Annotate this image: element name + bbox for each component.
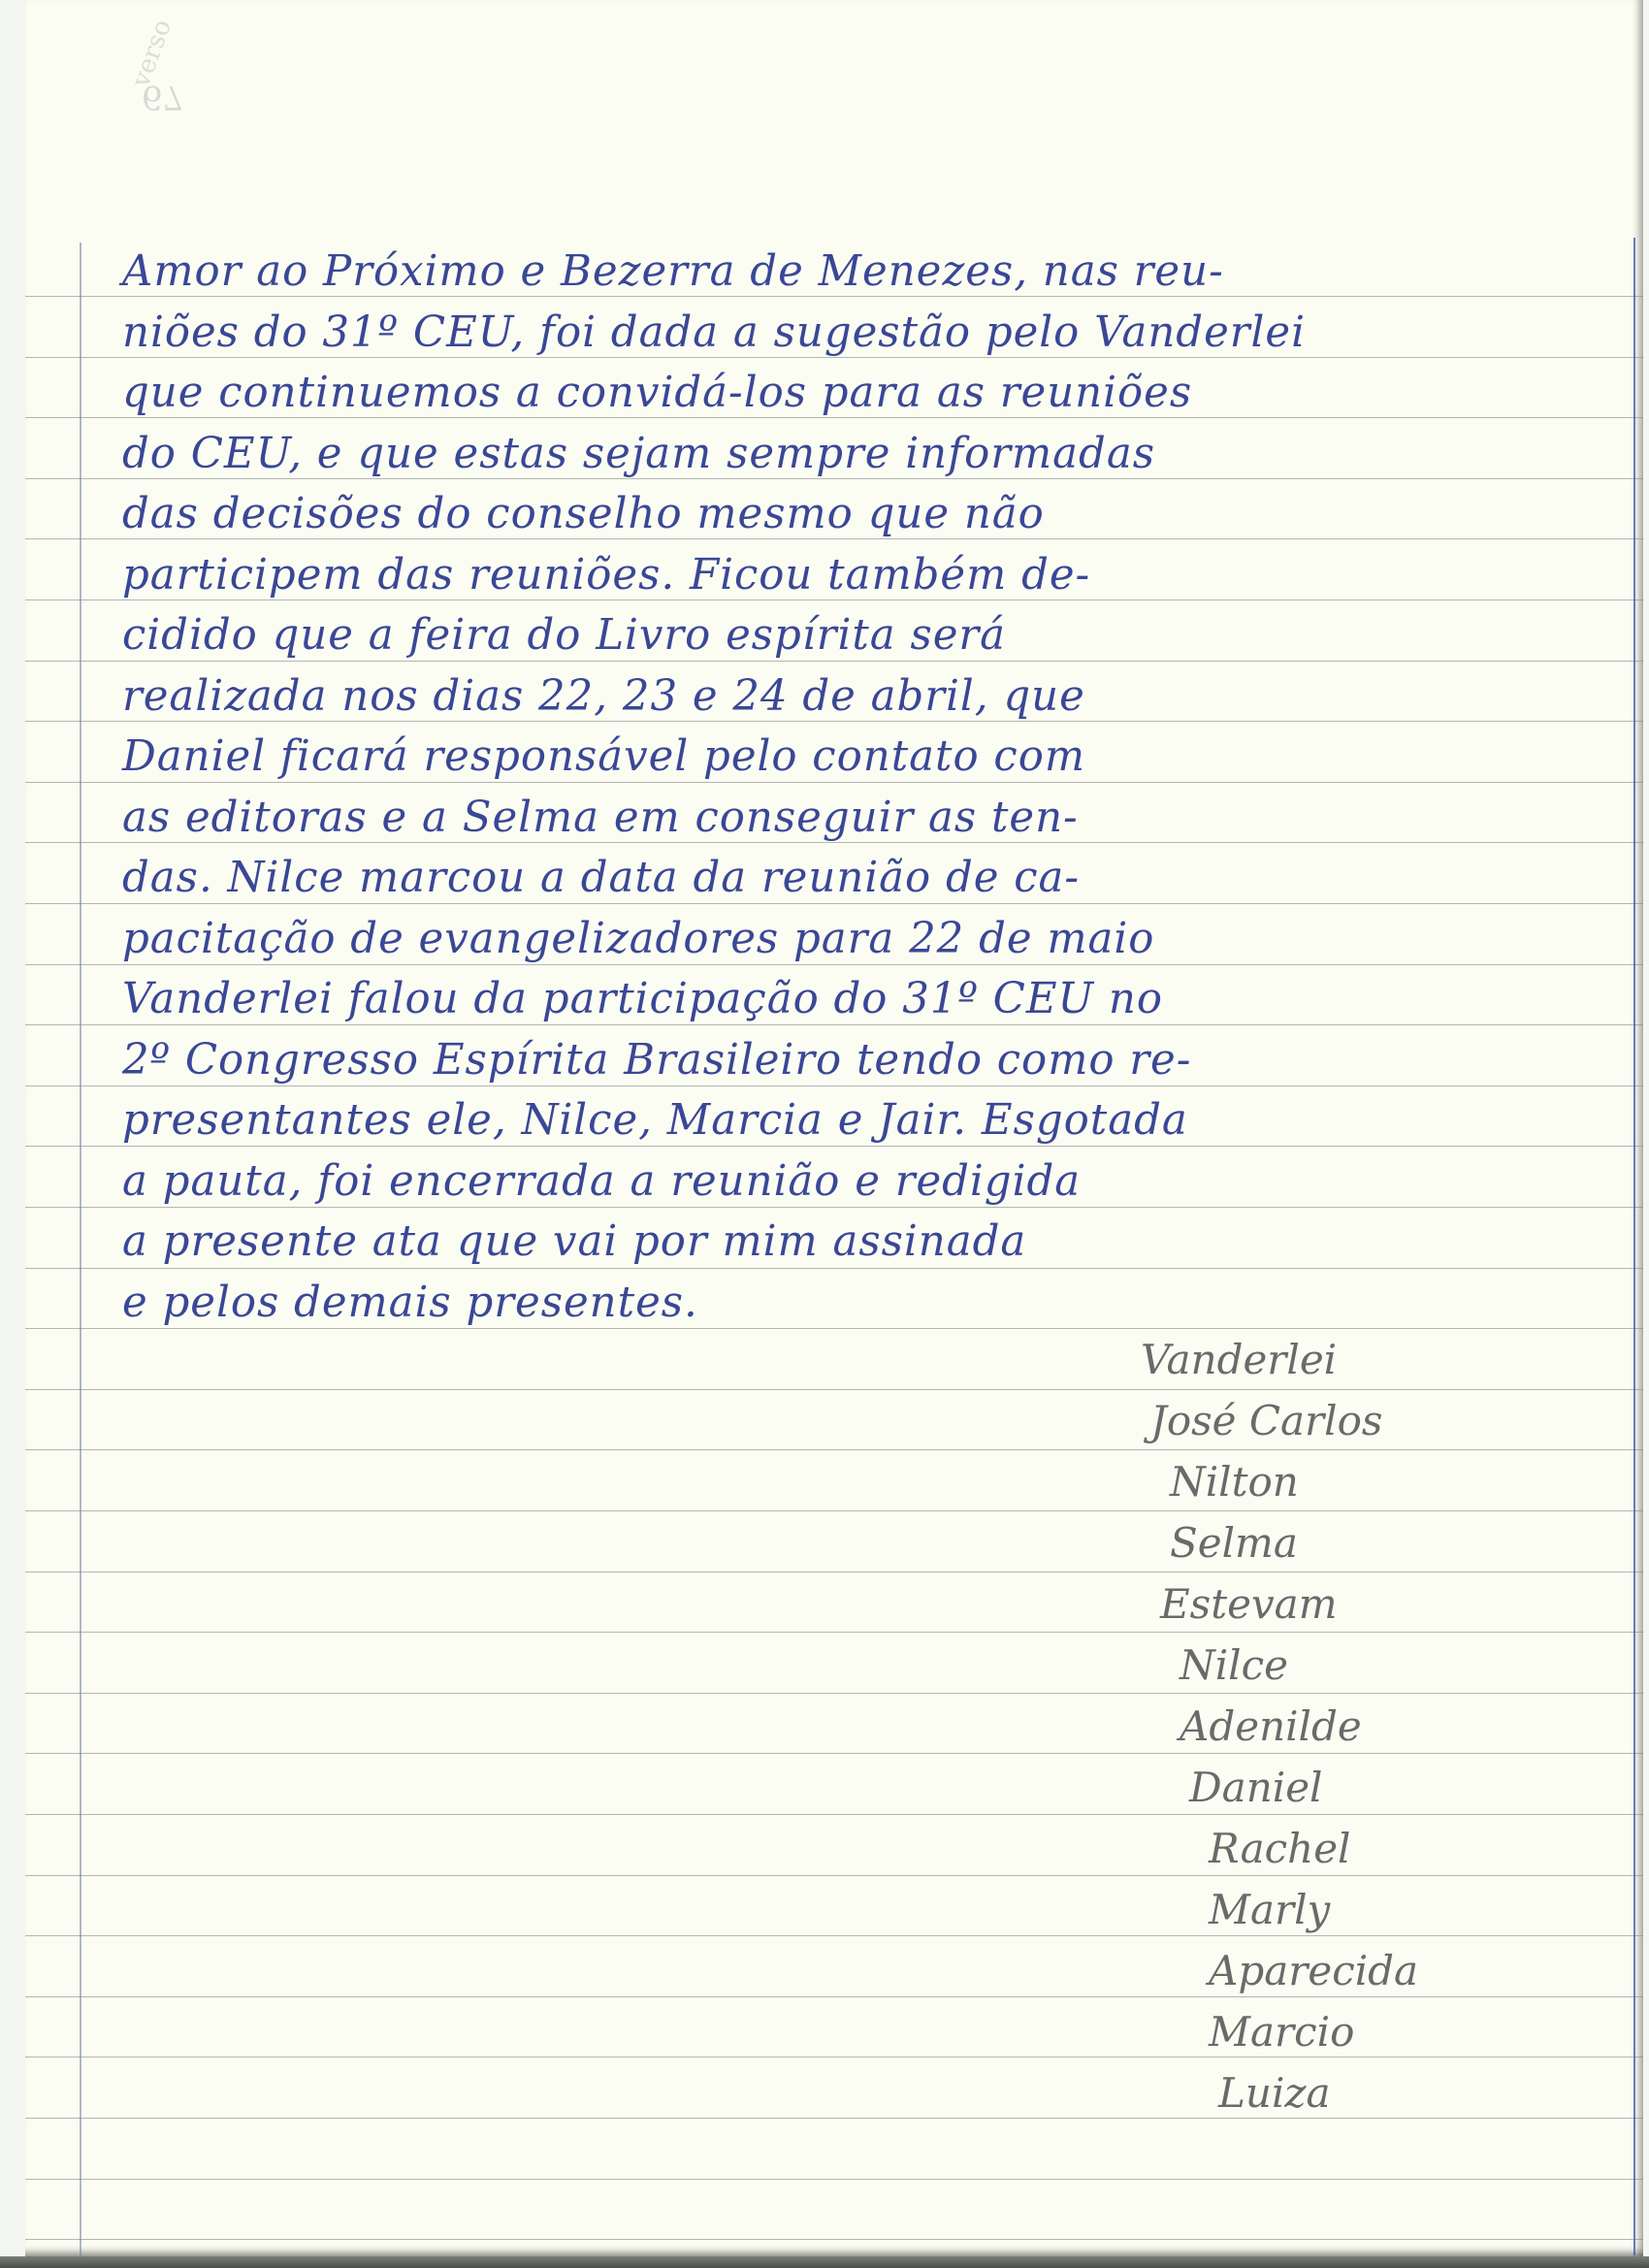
handwritten-line: 2º Congresso Espírita Brasileiro tendo c…	[122, 1030, 1616, 1091]
signature: Nilton	[1141, 1451, 1626, 1512]
signature: Rachel	[1141, 1818, 1626, 1879]
handwritten-line: e pelos demais presentes.	[122, 1273, 1616, 1334]
handwritten-line: a pauta, foi encerrada a reunião e redig…	[122, 1151, 1616, 1213]
left-margin-line	[80, 243, 81, 2256]
handwritten-line: a presente ata que vai por mim assinada	[122, 1212, 1616, 1273]
handwritten-line: Daniel ficará responsável pelo contato c…	[122, 727, 1616, 788]
signature: Nilce	[1141, 1635, 1626, 1696]
handwritten-line: Amor ao Próximo e Bezerra de Menezes, na…	[122, 242, 1616, 303]
handwritten-line: Vanderlei falou da participação do 31º C…	[122, 969, 1616, 1030]
handwritten-line: que continuemos a convidá-los para as re…	[122, 363, 1616, 424]
handwritten-line: niões do 31º CEU, foi dada a sugestão pe…	[122, 303, 1616, 364]
minutes-body: Amor ao Próximo e Bezerra de Menezes, na…	[122, 242, 1635, 1333]
signature: Adenilde	[1141, 1696, 1626, 1757]
handwritten-line: realizada nos dias 22, 23 e 24 de abril,…	[122, 666, 1616, 728]
signature: Marly	[1141, 1879, 1626, 1940]
handwritten-line: cidido que a feira do Livro espírita ser…	[122, 605, 1616, 666]
signature: José Carlos	[1141, 1390, 1626, 1451]
handwritten-line: as editoras e a Selma em conseguir as te…	[122, 788, 1616, 849]
signature-list: VanderleiJosé CarlosNiltonSelmaEstevamNi…	[1141, 1329, 1626, 2123]
handwritten-line: do CEU, e que estas sejam sempre informa…	[122, 424, 1616, 485]
page-number: 67	[142, 78, 183, 116]
handwritten-line: das decisões do conselho mesmo que não	[122, 484, 1616, 545]
ruled-line	[25, 2239, 1643, 2240]
handwritten-line: participem das reuniões. Ficou também de…	[122, 545, 1616, 606]
signature: Marcio	[1141, 2001, 1626, 2062]
handwritten-line: das. Nilce marcou a data da reunião de c…	[122, 848, 1616, 909]
signature: Estevam	[1141, 1573, 1626, 1635]
notebook-page: verso 67 Amor ao Próximo e Bezerra de Me…	[25, 0, 1643, 2256]
signature: Luiza	[1141, 2062, 1626, 2123]
signature: Daniel	[1141, 1757, 1626, 1818]
handwritten-line: presentantes ele, Nilce, Marcia e Jair. …	[122, 1090, 1616, 1151]
scanner-shadow	[0, 2256, 1649, 2268]
ruled-line	[25, 2179, 1643, 2180]
signature: Vanderlei	[1141, 1329, 1626, 1390]
handwritten-line: pacitação de evangelizadores para 22 de …	[122, 909, 1616, 970]
signature: Selma	[1141, 1512, 1626, 1573]
signature: Aparecida	[1141, 1940, 1626, 2001]
